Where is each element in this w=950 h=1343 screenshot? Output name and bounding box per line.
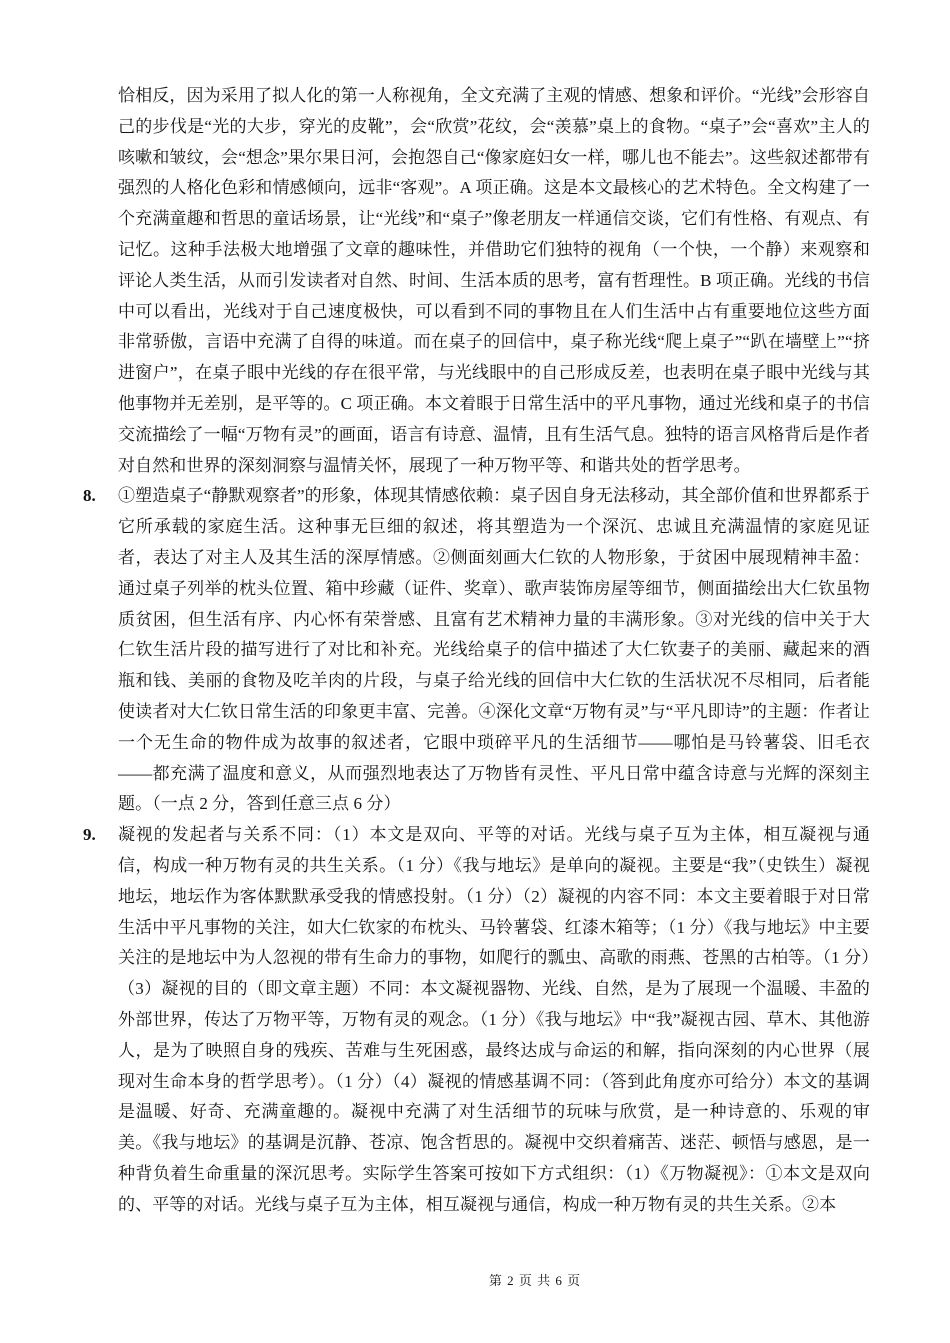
- paragraph-continuation: 恰相反，因为采用了拟人化的第一人称视角，全文充满了主观的情感、想象和评价。“光线…: [0, 81, 950, 481]
- item-number: 9.: [83, 820, 117, 851]
- answer-text: ①塑造桌子“静默观察者”的形象，体现其情感依赖：桌子因自身无法移动，其全部价值和…: [118, 481, 870, 820]
- answer-text: 凝视的发起者与关系不同：（1）本文是双向、平等的对话。光线与桌子互为主体，相互凝…: [118, 820, 870, 1220]
- answer-key-content: 恰相反，因为采用了拟人化的第一人称视角，全文充满了主观的情感、想象和评价。“光线…: [0, 81, 950, 1220]
- document-page: 恰相反，因为采用了拟人化的第一人称视角，全文充满了主观的情感、想象和评价。“光线…: [0, 0, 950, 1343]
- item-number: 8.: [83, 481, 117, 512]
- page-footer: 第 2 页 共 6 页: [0, 1272, 950, 1290]
- answer-item-8: 8. ①塑造桌子“静默观察者”的形象，体现其情感依赖：桌子因自身无法移动，其全部…: [0, 481, 950, 820]
- answer-item-9: 9. 凝视的发起者与关系不同：（1）本文是双向、平等的对话。光线与桌子互为主体，…: [0, 820, 950, 1220]
- paragraph-text: 恰相反，因为采用了拟人化的第一人称视角，全文充满了主观的情感、想象和评价。“光线…: [118, 81, 870, 481]
